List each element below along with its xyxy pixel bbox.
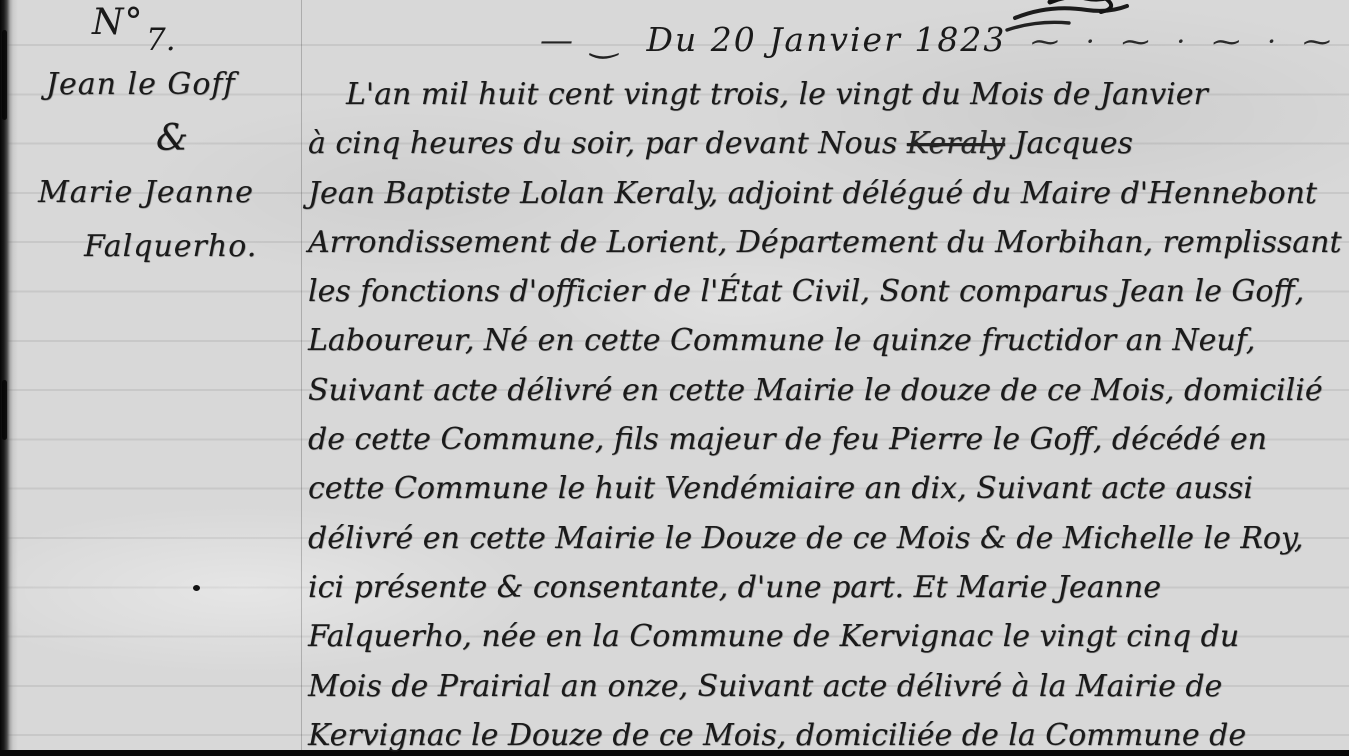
text-segment: cette Commune le huit Vendémiaire an dix…	[308, 471, 1253, 506]
binding-ink-blotch	[2, 380, 7, 440]
text-segment: les fonctions d'officier de l'État Civil…	[308, 274, 1304, 309]
manuscript-line: Suivant acte délivré en cette Mairie le …	[308, 366, 1346, 415]
manuscript-line: Arrondissement de Lorient, Département d…	[308, 218, 1346, 267]
margin-names: Jean le Goff&Marie JeanneFalquerho.	[38, 58, 298, 274]
text-segment: Laboureur, Né en cette Commune le quinze…	[308, 323, 1255, 358]
margin-name-line: Falquerho.	[38, 220, 298, 274]
manuscript-line: Jean Baptiste Lolan Keraly, adjoint délé…	[308, 169, 1346, 218]
text-segment: Jacques	[1005, 126, 1133, 161]
manuscript-line: Laboureur, Né en cette Commune le quinze…	[308, 316, 1346, 365]
text-segment: L'an mil huit cent vingt trois, le vingt…	[346, 77, 1208, 112]
text-segment: de cette Commune, fils majeur de feu Pie…	[308, 422, 1267, 457]
manuscript-line: Mois de Prairial an onze, Suivant acte d…	[308, 662, 1346, 711]
margin-rule	[301, 0, 302, 750]
text-segment: Arrondissement de Lorient, Département d…	[308, 225, 1342, 260]
header-pre-flourish: — ‿	[540, 20, 622, 59]
margin-name-line: Jean le Goff	[38, 58, 298, 112]
manuscript-line: délivré en cette Mairie le Douze de ce M…	[308, 514, 1346, 563]
text-segment: &	[156, 118, 189, 159]
act-date: Du 20 Janvier 1823	[647, 20, 1007, 59]
text-segment: à cinq heures du soir, par devant Nous	[308, 126, 907, 161]
scanned-register-page: N° 7. Jean le Goff&Marie JeanneFalquerho…	[0, 0, 1349, 756]
text-segment: Marie Jeanne	[38, 175, 254, 210]
margin-name-line: &	[38, 112, 298, 166]
manuscript-line: L'an mil huit cent vingt trois, le vingt…	[308, 70, 1346, 119]
text-segment: Falquerho.	[84, 229, 257, 264]
text-segment: Jean le Goff	[46, 67, 236, 102]
header-post-flourish: ⁓ · ⁓ · ⁓ · ⁓ · ⁓ —	[1031, 25, 1349, 58]
manuscript-line: de cette Commune, fils majeur de feu Pie…	[308, 415, 1346, 464]
text-segment: Mois de Prairial an onze, Suivant acte d…	[308, 669, 1222, 704]
manuscript-line: Falquerho, née en la Commune de Kervigna…	[308, 612, 1346, 661]
text-segment: Falquerho, née en la Commune de Kervigna…	[308, 619, 1239, 654]
manuscript-line: les fonctions d'officier de l'État Civil…	[308, 267, 1346, 316]
margin-name-line: Marie Jeanne	[38, 166, 298, 220]
manuscript-line: Kervignac le Douze de ce Mois, domicilié…	[308, 711, 1346, 756]
act-body-text: L'an mil huit cent vingt trois, le vingt…	[308, 70, 1346, 756]
binding-ink-blotch	[2, 30, 7, 120]
record-number-label: N°	[92, 2, 144, 43]
text-segment: Suivant acte délivré en cette Mairie le …	[308, 373, 1323, 408]
act-date-header: — ‿ Du 20 Janvier 1823 ⁓ · ⁓ · ⁓ · ⁓ · ⁓…	[540, 20, 1340, 59]
text-segment: Jean Baptiste Lolan Keraly, adjoint délé…	[308, 176, 1317, 211]
struck-word: Keraly	[907, 126, 1005, 161]
manuscript-line: à cinq heures du soir, par devant Nous K…	[308, 119, 1346, 168]
manuscript-line: cette Commune le huit Vendémiaire an dix…	[308, 464, 1346, 513]
manuscript-line: ici présente & consentante, d'une part. …	[308, 563, 1346, 612]
text-segment: Kervignac le Douze de ce Mois, domicilié…	[308, 718, 1246, 753]
ink-dot	[193, 585, 200, 591]
record-number-value: 7.	[146, 22, 176, 58]
text-segment: délivré en cette Mairie le Douze de ce M…	[308, 521, 1303, 556]
text-segment: ici présente & consentante, d'une part. …	[308, 570, 1161, 605]
